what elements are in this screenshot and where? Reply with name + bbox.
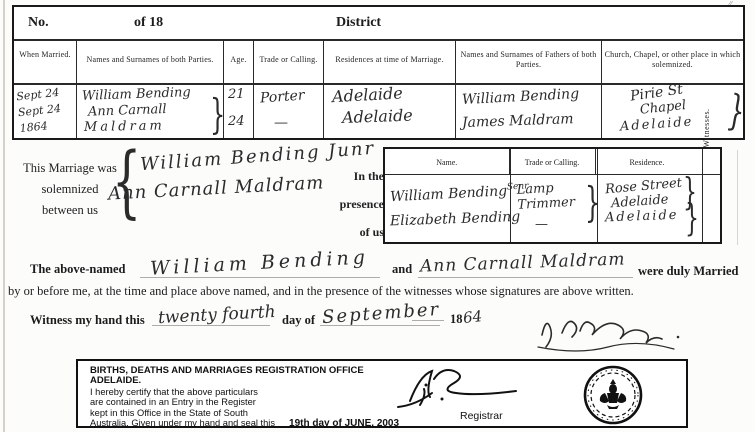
brace-glyph: } — [685, 198, 699, 241]
witnesses-vertical-label: Witnesses. — [702, 93, 711, 163]
col-fathers: Names and Surnames of Fathers of both Pa… — [455, 41, 601, 83]
scan-edge-artifact — [737, 150, 738, 245]
registration-table: No. of 18 District When Married. Names a… — [12, 5, 745, 140]
above-named-label: The above-named — [30, 262, 126, 277]
col-church: Church, Chapel, or other place in which … — [601, 41, 743, 83]
district-label: District — [336, 15, 381, 31]
entry-when-married: Sept 24 Sept 24 1864 — [16, 85, 64, 137]
certificate-date: 19th day of JUNE, 2003 — [289, 418, 399, 429]
solemnized-label: This Marriage was solemnized between us — [22, 158, 118, 221]
wit-col-residence: Residence. — [595, 149, 699, 174]
col-residences: Residences at time of Marriage. — [323, 41, 455, 83]
col-names: Names and Surnames of both Parties. — [76, 41, 223, 83]
registrar-signature — [390, 361, 580, 413]
year-written: 64 — [462, 307, 483, 327]
witness-my-hand-label: Witness my hand this — [30, 313, 145, 328]
groom-name-written: William Bending — [150, 246, 370, 279]
entry-residences: Adelaide Adelaide — [332, 87, 413, 125]
and-label: and — [392, 262, 412, 277]
registration-office-certificate: BIRTHS, DEATHS AND MARRIAGES REGISTRATIO… — [76, 359, 688, 428]
brace-glyph: { — [112, 135, 141, 227]
office-city: ADELAIDE. — [90, 376, 399, 386]
wit-col-name: Name. — [385, 149, 509, 174]
entry-church: Pirie St Chapel Adelaide — [620, 85, 693, 133]
witness-trades: Lamp Trimmer — — [517, 181, 587, 232]
col-trade: Trade or Calling. — [253, 41, 323, 83]
of-year-label: of 18 — [134, 15, 163, 31]
witnesses-column-headers: Name. Trade or Calling. Residence. — [385, 149, 720, 175]
witness-residences: Rose Street Adelaide Adelaide — [605, 179, 682, 224]
table-title-row: No. of 18 District — [14, 7, 743, 41]
registrar-label: Registrar — [460, 410, 503, 422]
table-column-headers: When Married. Names and Surnames of both… — [14, 41, 743, 85]
married-statement-line2: by or before me, at the time and place a… — [8, 284, 668, 299]
marriage-certificate-document: ⁄⁄ No. of 18 District When Married. Name… — [0, 0, 755, 432]
officiant-signature — [528, 305, 688, 353]
scan-edge-artifact — [3, 0, 5, 432]
wit-col-trade: Trade or Calling. — [509, 149, 595, 174]
col-age: Age. — [223, 41, 253, 83]
entry-trade: Porter — — [260, 89, 305, 131]
brace-glyph: } — [210, 91, 225, 139]
in-the-presence-of-us-label: In the presence of us — [318, 162, 384, 246]
entry-party-names: William Bending Ann Carnall Maldram — [82, 87, 191, 135]
entry-fathers: William Bending James Maldram — [462, 89, 579, 129]
were-duly-married-label: were duly Married — [638, 264, 738, 279]
no-label: No. — [28, 15, 49, 31]
witnesses-table: Name. Trade or Calling. Residence. Witne… — [383, 147, 722, 244]
brace-glyph: } — [585, 179, 600, 227]
col-when-married: When Married. — [14, 41, 76, 83]
witness-names: William BendingSenr Elizabeth Bending — [390, 185, 529, 227]
year-printed: 18 — [450, 312, 463, 327]
certificate-text: BIRTHS, DEATHS AND MARRIAGES REGISTRATIO… — [90, 366, 399, 429]
registration-office-seal-icon — [581, 363, 645, 427]
bride-name-written: Ann Carnall Maldram — [420, 249, 626, 276]
brace-glyph: } — [724, 87, 749, 137]
entry-ages: 21 24 — [228, 87, 245, 130]
day-of-label: day of — [282, 313, 315, 328]
register-entry-row: Sept 24 Sept 24 1864 William Bending Ann… — [14, 85, 743, 138]
month-written: September — [321, 299, 440, 328]
